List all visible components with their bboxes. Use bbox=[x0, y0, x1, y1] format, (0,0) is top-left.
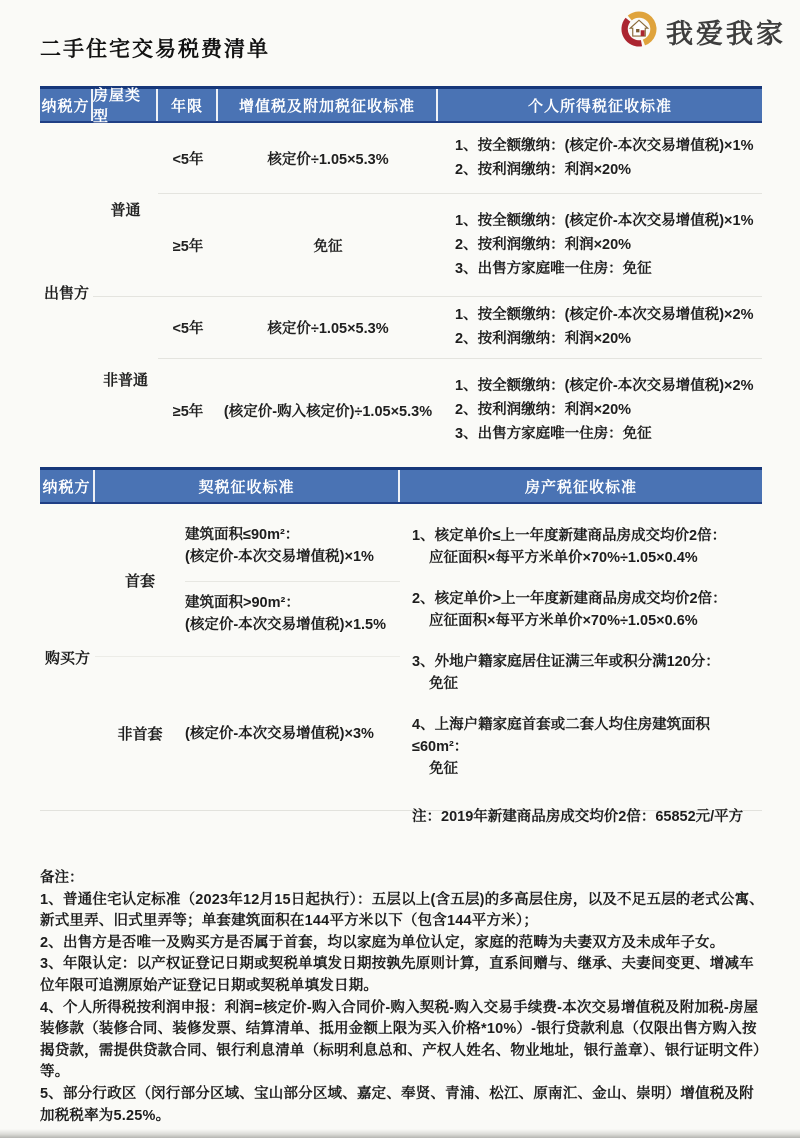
house-ring-icon bbox=[619, 9, 659, 54]
col-header-house-type: 房屋类型 bbox=[93, 89, 158, 121]
property-tax-line: 1、核定单价≤上一年度新建商品房成交均价2倍： bbox=[412, 525, 762, 547]
buyer-tax-table: 纳税方 契税征收标准 房产税征收标准 购买方 首套 建筑面积≤90m²： (核定… bbox=[40, 467, 762, 811]
col-header-taxpayer: 纳税方 bbox=[40, 89, 93, 121]
remark-item: 3、年限认定：以产权证登记日期或契税单填发日期按孰先原则计算，直系间赠与、继承、… bbox=[40, 954, 768, 997]
remarks-title: 备注： bbox=[40, 868, 768, 890]
deed-formula-block: 建筑面积≤90m²： (核定价-本次交易增值税)×1% bbox=[185, 524, 400, 568]
scan-bottom-edge bbox=[0, 1129, 800, 1138]
brand-logo: 我爱我家 bbox=[619, 9, 786, 54]
deed-non-first-home-group: 非首套 (核定价-本次交易增值税)×3% bbox=[95, 656, 400, 810]
years-cell: <5年 bbox=[158, 123, 218, 193]
income-tax-line: 2、按利润缴纳：利润×20% bbox=[455, 400, 631, 421]
income-tax-line: 2、按利润缴纳：利润×20% bbox=[455, 160, 631, 181]
col-header-taxpayer: 纳税方 bbox=[40, 470, 95, 502]
deed-tax-column: 首套 建筑面积≤90m²： (核定价-本次交易增值税)×1% 建筑面积>90m²… bbox=[95, 504, 400, 810]
seller-table-header: 纳税方 房屋类型 年限 增值税及附加税征收标准 个人所得税征收标准 bbox=[40, 86, 762, 123]
vat-formula-cell: (核定价-购入核定价)÷1.05×5.3% bbox=[218, 358, 438, 461]
property-tax-item: 3、外地户籍家庭居住证满三年或积分满120分： 免征 bbox=[412, 651, 762, 695]
remark-item: 4、个人所得税按利润申报：利润=核定价-购入合同价-购入契税-购入交易手续费-本… bbox=[40, 998, 768, 1084]
income-tax-line: 1、按全额缴纳：(核定价-本次交易增值税)×1% bbox=[455, 211, 753, 232]
deed-formula-line: 建筑面积>90m²： bbox=[185, 592, 400, 614]
page-title: 二手住宅交易税费清单 bbox=[40, 33, 270, 63]
vat-formula-cell: 免征 bbox=[218, 193, 438, 296]
remark-item: 5、部分行政区（闵行部分区域、宝山部分区域、嘉定、奉贤、青浦、松江、原南汇、金山… bbox=[40, 1084, 768, 1127]
property-tax-line: 2、核定单价>上一年度新建商品房成交均价2倍： bbox=[412, 588, 762, 610]
income-tax-cell: 1、按全额缴纳：(核定价-本次交易增值税)×2% 2、按利润缴纳：利润×20% … bbox=[438, 358, 762, 461]
house-type-ordinary-label: 普通 bbox=[93, 123, 158, 296]
income-tax-cell: 1、按全额缴纳：(核定价-本次交易增值税)×1% 2、按利润缴纳：利润×20% … bbox=[438, 193, 762, 296]
property-tax-line: 应征面积×每平方米单价×70%÷1.05×0.6% bbox=[412, 610, 762, 632]
buyer-table-header: 纳税方 契税征收标准 房产税征收标准 bbox=[40, 467, 762, 504]
remarks-section: 备注： 1、普通住宅认定标准（2023年12月15日起执行）：五层以上(含五层)… bbox=[40, 868, 768, 1127]
income-tax-line: 2、按利润缴纳：利润×20% bbox=[455, 235, 631, 256]
income-tax-line: 1、按全额缴纳：(核定价-本次交易增值税)×1% bbox=[455, 136, 753, 157]
property-tax-column: 1、核定单价≤上一年度新建商品房成交均价2倍： 应征面积×每平方米单价×70%÷… bbox=[400, 504, 762, 810]
col-header-property-tax-standard: 房产税征收标准 bbox=[400, 470, 762, 502]
years-cell: ≥5年 bbox=[158, 193, 218, 296]
taxpayer-seller-label: 出售方 bbox=[40, 123, 93, 461]
income-tax-line: 3、出售方家庭唯一住房：免征 bbox=[455, 259, 652, 280]
brand-name: 我爱我家 bbox=[666, 12, 786, 51]
deed-formula-block: 建筑面积>90m²： (核定价-本次交易增值税)×1.5% bbox=[185, 581, 400, 636]
income-tax-line: 1、按全额缴纳：(核定价-本次交易增值税)×2% bbox=[455, 305, 753, 326]
income-tax-line: 1、按全额缴纳：(核定价-本次交易增值税)×2% bbox=[455, 376, 753, 397]
property-tax-line: 免征 bbox=[412, 673, 762, 695]
income-tax-cell: 1、按全额缴纳：(核定价-本次交易增值税)×1% 2、按利润缴纳：利润×20% bbox=[438, 123, 762, 193]
remark-item: 1、普通住宅认定标准（2023年12月15日起执行）：五层以上(含五层)的多高层… bbox=[40, 890, 768, 933]
property-tax-line: 免征 bbox=[412, 758, 762, 780]
non-first-home-label: 非首套 bbox=[95, 657, 185, 810]
property-tax-line: 3、外地户籍家庭居住证满三年或积分满120分： bbox=[412, 651, 762, 673]
col-header-deed-tax-standard: 契税征收标准 bbox=[95, 470, 400, 502]
col-header-years: 年限 bbox=[158, 89, 218, 121]
property-tax-line: 4、上海户籍家庭首套或二套人均住房建筑面积≤60m²： bbox=[412, 714, 762, 758]
deed-formula-line: (核定价-本次交易增值税)×3% bbox=[185, 723, 400, 745]
deed-formula-block: (核定价-本次交易增值税)×3% bbox=[185, 723, 400, 745]
seller-tax-table: 纳税方 房屋类型 年限 增值税及附加税征收标准 个人所得税征收标准 出售方 普通… bbox=[40, 86, 762, 461]
years-cell: <5年 bbox=[158, 296, 218, 358]
col-header-vat-standard: 增值税及附加税征收标准 bbox=[218, 89, 438, 121]
deed-formula-line: 建筑面积≤90m²： bbox=[185, 524, 400, 546]
income-tax-line: 3、出售方家庭唯一住房：免征 bbox=[455, 424, 652, 445]
col-header-income-tax-standard: 个人所得税征收标准 bbox=[438, 89, 762, 121]
income-tax-line: 2、按利润缴纳：利润×20% bbox=[455, 329, 631, 350]
deed-formula-line: (核定价-本次交易增值税)×1% bbox=[185, 546, 400, 568]
property-tax-item: 1、核定单价≤上一年度新建商品房成交均价2倍： 应征面积×每平方米单价×70%÷… bbox=[412, 525, 762, 569]
first-home-label: 首套 bbox=[95, 504, 185, 656]
vat-formula-cell: 核定价÷1.05×5.3% bbox=[218, 123, 438, 193]
buyer-table-body: 购买方 首套 建筑面积≤90m²： (核定价-本次交易增值税)×1% 建筑面积>… bbox=[40, 504, 762, 811]
property-tax-line: 应征面积×每平方米单价×70%÷1.05×0.4% bbox=[412, 547, 762, 569]
average-price-note: 注：2019年新建商品房成交均价2倍：65852元/平方 bbox=[412, 805, 762, 826]
vat-formula-cell: 核定价÷1.05×5.3% bbox=[218, 296, 438, 358]
years-cell: ≥5年 bbox=[158, 358, 218, 461]
income-tax-cell: 1、按全额缴纳：(核定价-本次交易增值税)×2% 2、按利润缴纳：利润×20% bbox=[438, 296, 762, 358]
seller-table-body: 出售方 普通 非普通 <5年 ≥5年 <5年 ≥5年 核定价÷1.05×5.3%… bbox=[40, 123, 762, 461]
house-type-non-ordinary-label: 非普通 bbox=[93, 296, 158, 461]
deed-formula-line: (核定价-本次交易增值税)×1.5% bbox=[185, 614, 400, 636]
taxpayer-buyer-label: 购买方 bbox=[40, 504, 95, 810]
deed-first-home-group: 首套 建筑面积≤90m²： (核定价-本次交易增值税)×1% 建筑面积>90m²… bbox=[95, 504, 400, 656]
remark-item: 2、出售方是否唯一及购买方是否属于首套，均以家庭为单位认定，家庭的范畴为夫妻双方… bbox=[40, 933, 768, 955]
property-tax-item: 4、上海户籍家庭首套或二套人均住房建筑面积≤60m²： 免征 bbox=[412, 714, 762, 780]
property-tax-item: 2、核定单价>上一年度新建商品房成交均价2倍： 应征面积×每平方米单价×70%÷… bbox=[412, 588, 762, 632]
